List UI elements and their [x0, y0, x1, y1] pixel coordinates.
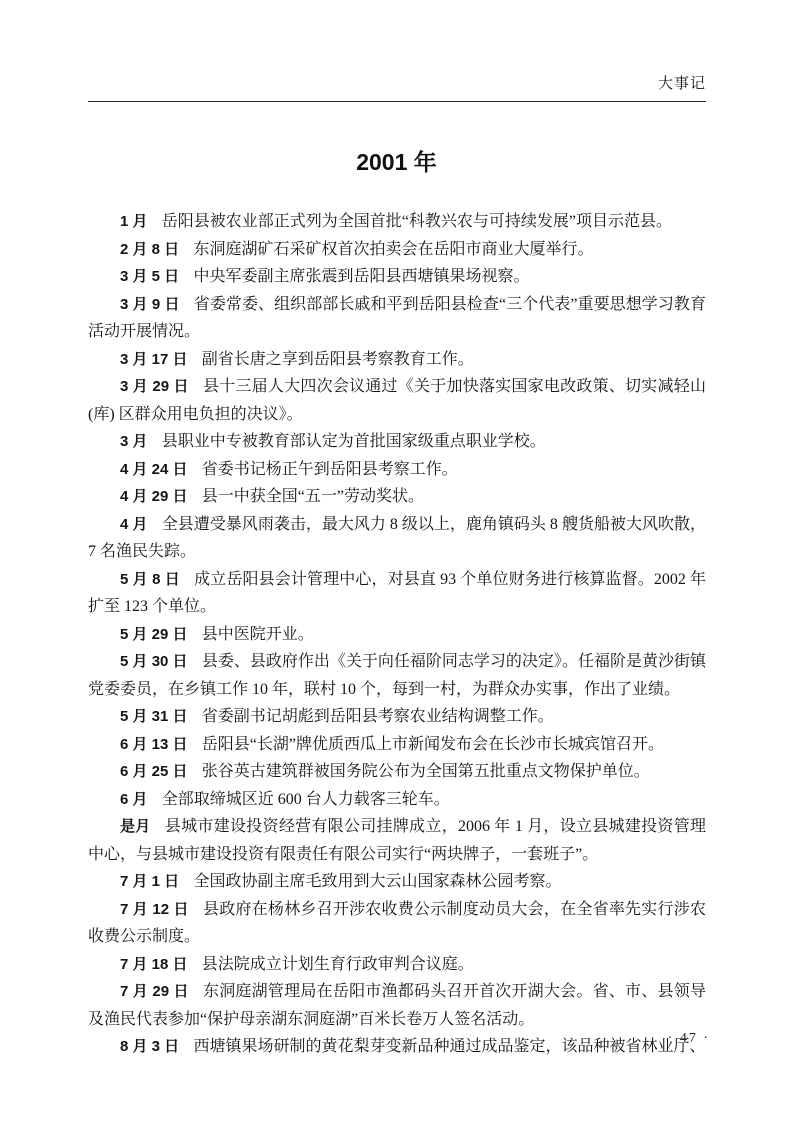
- entry-date: 4 月 24 日: [120, 461, 188, 478]
- chronicle-entry: 3 月 9 日省委常委、组织部部长戚和平到岳阳县检查“三个代表”重要思想学习教育…: [88, 291, 706, 346]
- chronicle-entry: 7 月 12 日县政府在杨林乡召开涉农收费公示制度动员大会，在全省率先实行涉农收…: [88, 896, 706, 951]
- chronicle-entry: 3 月县职业中专被教育部认定为首批国家级重点职业学校。: [88, 428, 706, 456]
- chronicle-entry: 5 月 30 日县委、县政府作出《关于向任福阶同志学习的决定》。任福阶是黄沙街镇…: [88, 648, 706, 703]
- entry-text: 西塘镇果场研制的黄花梨芽变新品种通过成品鉴定，该品种被省林业厅、: [193, 1038, 705, 1055]
- entry-date: 3 月 29 日: [120, 378, 189, 395]
- entry-date: 1 月: [120, 213, 148, 230]
- entry-text: 全县遭受暴风雨袭击，最大风力 8 级以上，鹿角镇码头 8 艘货船被大风吹散，7 …: [88, 516, 706, 561]
- entry-text: 岳阳县被农业部正式列为全国首批“科教兴农与可持续发展”项目示范县。: [162, 213, 672, 230]
- entry-date: 7 月 29 日: [120, 983, 189, 1000]
- chronicle-entry: 3 月 17 日副省长唐之享到岳阳县考察教育工作。: [88, 346, 706, 374]
- year-title: 2001 年: [0, 144, 793, 177]
- entry-date: 3 月 5 日: [120, 268, 179, 285]
- entry-text: 省委常委、组织部部长戚和平到岳阳县检查“三个代表”重要思想学习教育活动开展情况。: [88, 296, 706, 341]
- entry-date: 5 月 30 日: [120, 653, 188, 670]
- chronicle-entry: 7 月 1 日全国政协副主席毛致用到大云山国家森林公园考察。: [88, 868, 706, 896]
- entry-date: 5 月 8 日: [120, 571, 180, 588]
- chronicle-entry: 6 月 25 日张谷英古建筑群被国务院公布为全国第五批重点文物保护单位。: [88, 758, 706, 786]
- document-page: 大事记 2001 年 1 月岳阳县被农业部正式列为全国首批“科教兴农与可持续发展…: [0, 0, 793, 1122]
- chronicle-entry: 7 月 29 日东洞庭湖管理局在岳阳市渔都码头召开首次开湖大会。省、市、县领导及…: [88, 978, 706, 1033]
- page-header: 大事记: [88, 0, 706, 102]
- chronicle-body: 1 月岳阳县被农业部正式列为全国首批“科教兴农与可持续发展”项目示范县。2 月 …: [88, 208, 706, 1061]
- entry-text: 省委副书记胡彪到岳阳县考察农业结构调整工作。: [202, 708, 554, 725]
- chronicle-entry: 4 月 29 日县一中获全国“五一”劳动奖状。: [88, 483, 706, 511]
- entry-text: 全部取缔城区近 600 台人力载客三轮车。: [162, 791, 450, 808]
- chronicle-entry: 5 月 8 日成立岳阳县会计管理中心，对县直 93 个单位财务进行核算监督。20…: [88, 566, 706, 621]
- entry-date: 7 月 18 日: [120, 956, 188, 973]
- entry-text: 全国政协副主席毛致用到大云山国家森林公园考察。: [193, 873, 561, 890]
- entry-date: 7 月 12 日: [120, 901, 189, 918]
- chronicle-entry: 5 月 29 日县中医院开业。: [88, 621, 706, 649]
- chronicle-entry: 6 月全部取缔城区近 600 台人力载客三轮车。: [88, 786, 706, 814]
- chronicle-entry: 8 月 3 日西塘镇果场研制的黄花梨芽变新品种通过成品鉴定，该品种被省林业厅、: [88, 1033, 706, 1061]
- entry-text: 县一中获全国“五一”劳动奖状。: [202, 488, 424, 505]
- chronicle-entry: 1 月岳阳县被农业部正式列为全国首批“科教兴农与可持续发展”项目示范县。: [88, 208, 706, 236]
- chronicle-entry: 2 月 8 日东洞庭湖矿石采矿权首次拍卖会在岳阳市商业大厦举行。: [88, 236, 706, 264]
- entry-text: 副省长唐之享到岳阳县考察教育工作。: [202, 351, 474, 368]
- entry-date: 6 月: [120, 791, 148, 808]
- entry-text: 县法院成立计划生育行政审判合议庭。: [202, 956, 474, 973]
- entry-text: 岳阳县“长湖”牌优质西瓜上市新闻发布会在长沙市长城宾馆召开。: [202, 736, 664, 753]
- entry-text: 中央军委副主席张震到岳阳县西塘镇果场视察。: [193, 268, 529, 285]
- entry-date: 3 月: [120, 433, 148, 450]
- entry-text: 东洞庭湖矿石采矿权首次拍卖会在岳阳市商业大厦举行。: [193, 241, 593, 258]
- chronicle-entry: 6 月 13 日岳阳县“长湖”牌优质西瓜上市新闻发布会在长沙市长城宾馆召开。: [88, 731, 706, 759]
- entry-text: 成立岳阳县会计管理中心，对县直 93 个单位财务进行核算监督。2002 年扩至 …: [88, 571, 706, 616]
- entry-date: 4 月: [120, 516, 148, 533]
- chronicle-entry: 4 月全县遭受暴风雨袭击，最大风力 8 级以上，鹿角镇码头 8 艘货船被大风吹散…: [88, 511, 706, 566]
- entry-date: 5 月 29 日: [120, 626, 188, 643]
- entry-date: 4 月 29 日: [120, 488, 188, 505]
- chronicle-entry: 3 月 29 日县十三届人大四次会议通过《关于加快落实国家电改政策、切实减轻山(…: [88, 373, 706, 428]
- entry-text: 县城市建设投资经营有限公司挂牌成立，2006 年 1 月，设立县城建投资管理中心…: [88, 818, 706, 863]
- entry-date: 8 月 3 日: [120, 1038, 179, 1055]
- chronicle-entry: 7 月 18 日县法院成立计划生育行政审判合议庭。: [88, 951, 706, 979]
- entry-date: 3 月 17 日: [120, 351, 188, 368]
- entry-text: 张谷英古建筑群被国务院公布为全国第五批重点文物保护单位。: [202, 763, 650, 780]
- entry-date: 3 月 9 日: [120, 296, 180, 313]
- chronicle-entry: 5 月 31 日省委副书记胡彪到岳阳县考察农业结构调整工作。: [88, 703, 706, 731]
- chronicle-entry: 3 月 5 日中央军委副主席张震到岳阳县西塘镇果场视察。: [88, 263, 706, 291]
- entry-date: 5 月 31 日: [120, 708, 188, 725]
- chronicle-entry: 是月县城市建设投资经营有限公司挂牌成立，2006 年 1 月，设立县城建投资管理…: [88, 813, 706, 868]
- entry-text: 县中医院开业。: [202, 626, 314, 643]
- entry-text: 省委书记杨正午到岳阳县考察工作。: [202, 461, 458, 478]
- entry-text: 县职业中专被教育部认定为首批国家级重点职业学校。: [162, 433, 546, 450]
- entry-date: 6 月 25 日: [120, 763, 188, 780]
- entry-date: 6 月 13 日: [120, 736, 188, 753]
- entry-date: 7 月 1 日: [120, 873, 179, 890]
- chronicle-entry: 4 月 24 日省委书记杨正午到岳阳县考察工作。: [88, 456, 706, 484]
- entry-date: 是月: [120, 818, 151, 835]
- entry-date: 2 月 8 日: [120, 241, 179, 258]
- running-title: 大事记: [658, 75, 706, 92]
- page-number: · 47 ·: [668, 1031, 710, 1047]
